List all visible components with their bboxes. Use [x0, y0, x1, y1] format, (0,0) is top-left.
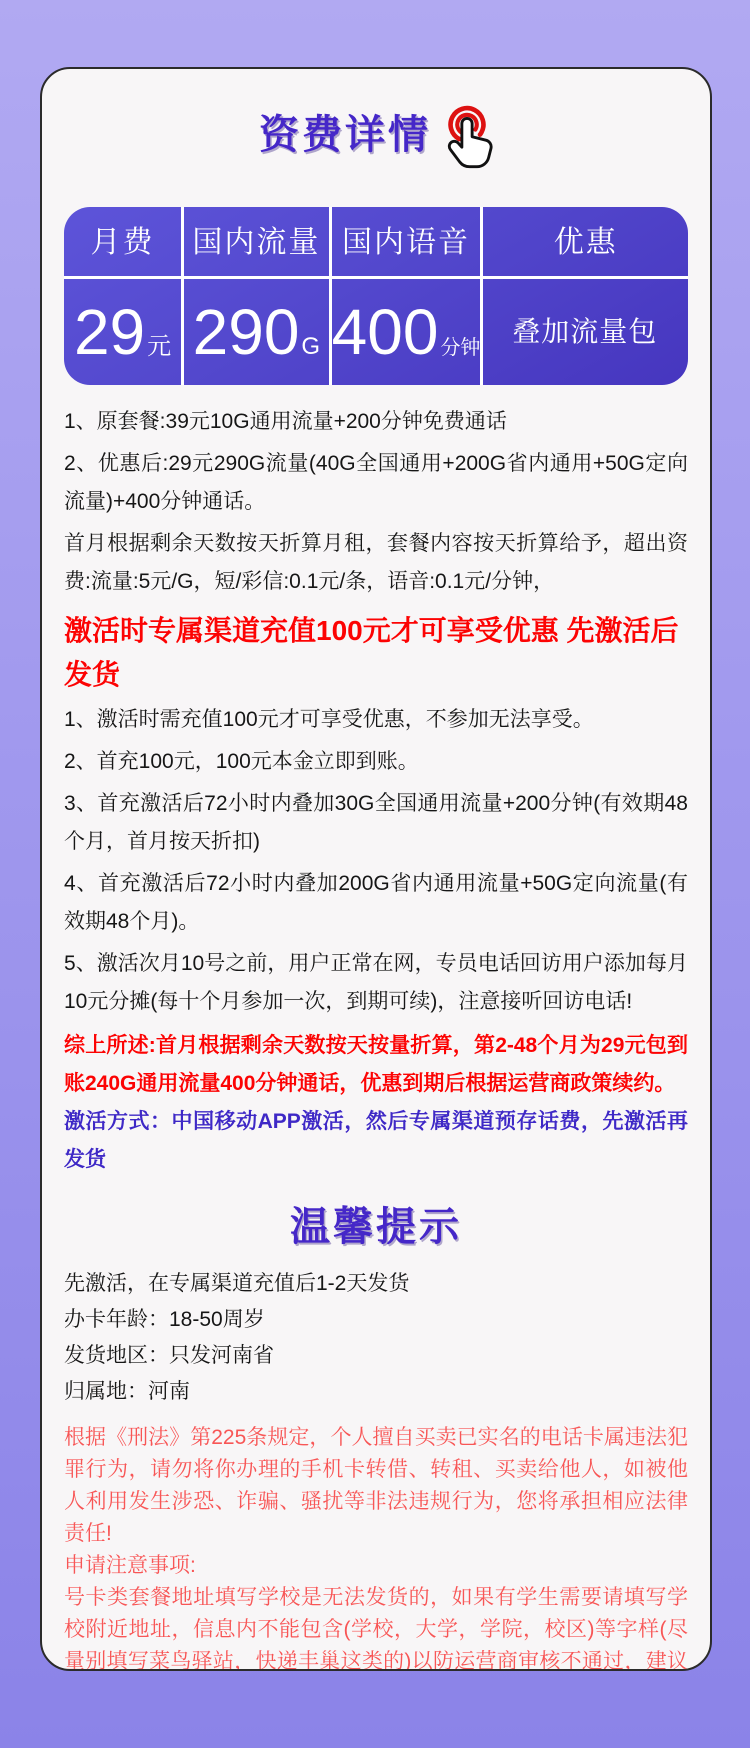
apply-notice: 号卡类套餐地址填写学校是无法发货的，如果有学生需要请填写学校附近地址，信息内不能… [64, 1582, 688, 1671]
column-header: 国内流量 [184, 207, 329, 279]
column-value-cell: 400分钟 [332, 279, 481, 385]
plan-column-voice: 国内语音 400分钟 [329, 207, 481, 385]
tip-line: 办卡年龄：18-50周岁 [64, 1302, 688, 1338]
activation-item: 4、首充激活后72小时内叠加200G省内通用流量+50G定向流量(有效期48个月… [64, 865, 688, 941]
detail-item: 1、原套餐:39元10G通用流量+200分钟免费通话 [64, 403, 688, 441]
tip-line: 发货地区：只发河南省 [64, 1338, 688, 1374]
apply-notice-title: 申请注意事项: [64, 1550, 688, 1582]
column-value-cell: 29元 [64, 279, 181, 385]
content-card: 资费详情 月费 29元 国内流量 290G 国内语音 400分钟 优惠 叠加流量… [40, 67, 712, 1671]
plan-unit: G [301, 333, 320, 360]
activation-item: 2、首充100元，100元本金立即到账。 [64, 743, 688, 781]
activation-method: 激活方式：中国移动APP激活，然后专属渠道预存话费，先激活再发货 [64, 1103, 688, 1179]
activation-item: 5、激活次月10号之前，用户正常在网，专员电话回访用户添加每月10元分摊(每十个… [64, 945, 688, 1021]
tap-click-icon [441, 103, 493, 184]
plan-table: 月费 29元 国内流量 290G 国内语音 400分钟 优惠 叠加流量包 [64, 207, 688, 385]
column-header: 优惠 [483, 207, 688, 279]
plan-column-discount: 优惠 叠加流量包 [480, 207, 688, 385]
plan-value: 400 [332, 296, 439, 368]
column-header: 国内语音 [332, 207, 481, 279]
column-value-cell: 叠加流量包 [483, 279, 688, 385]
page-title-row: 资费详情 [64, 103, 688, 181]
tip-line: 归属地：河南 [64, 1374, 688, 1410]
plan-column-data: 国内流量 290G [181, 207, 329, 385]
promo-page: { "header": { "title": "资费详情", "icon": "… [0, 0, 750, 1748]
activation-item: 1、激活时需充值100元才可享受优惠，不参加无法享受。 [64, 701, 688, 739]
column-header: 月费 [64, 207, 181, 279]
recharge-highlight-heading: 激活时专属渠道充值100元才可享受优惠 先激活后发货 [64, 609, 688, 697]
tips-title: 温馨提示 [64, 1195, 688, 1252]
plan-unit: 分钟 [440, 337, 480, 359]
activation-item: 3、首充激活后72小时内叠加30G全国通用流量+200分钟(有效期48个月，首月… [64, 785, 688, 861]
plan-unit: 元 [147, 333, 171, 360]
plan-value: 290 [193, 296, 300, 368]
column-value-cell: 290G [184, 279, 329, 385]
tip-line: 先激活，在专属渠道充值后1-2天发货 [64, 1266, 688, 1302]
plan-details-section: 1、原套餐:39元10G通用流量+200分钟免费通话 2、优惠后:29元290G… [64, 403, 688, 1179]
plan-value: 29 [74, 296, 145, 368]
detail-item: 2、优惠后:29元290G流量(40G全国通用+200G省内通用+50G定向流量… [64, 445, 688, 521]
plan-column-monthly-fee: 月费 29元 [64, 207, 181, 385]
detail-item: 首月根据剩余天数按天折算月租，套餐内容按天折算给予，超出资费:流量:5元/G，短… [64, 525, 688, 601]
plan-value: 叠加流量包 [512, 316, 657, 347]
tips-section: 温馨提示 先激活，在专属渠道充值后1-2天发货 办卡年龄：18-50周岁 发货地… [64, 1195, 688, 1671]
plan-summary: 综上所述:首月根据剩余天数按天按量折算，第2-48个月为29元包到账240G通用… [64, 1027, 688, 1103]
page-title: 资费详情 [259, 109, 431, 161]
legal-warning: 根据《刑法》第225条规定，个人擅自买卖已实名的电话卡属违法犯罪行为，请勿将你办… [64, 1422, 688, 1550]
